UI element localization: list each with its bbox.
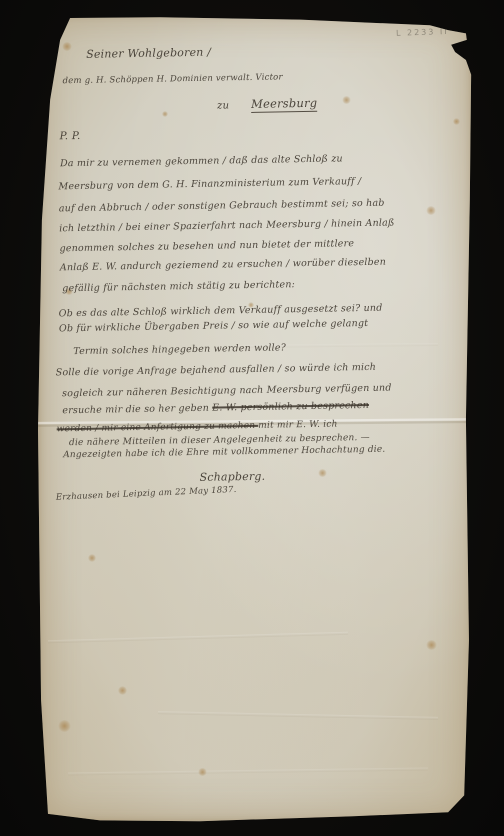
address-place-prefix: zu [217, 100, 229, 111]
body-line: Ob es das alte Schloß wirklich dem Verka… [59, 303, 383, 320]
foxing-stain [198, 768, 207, 776]
paper-wrinkle [68, 767, 428, 775]
address-place-underlined: Meersburg [251, 96, 317, 113]
address-title-line: dem g. H. Schöppen H. Dominien verwalt. … [63, 72, 283, 86]
body-line: Termin solches hingegeben werden wolle? [73, 342, 286, 357]
dateline: Erzhausen bei Leipzig am 22 May 1837. [56, 485, 237, 503]
struck-text: E. W. persönlich zu besprechen [212, 400, 369, 414]
body-line: Anlaß E. W. andurch geziemend zu ersuche… [60, 257, 386, 274]
body-line: Solle die vorige Anfrage bejahend ausfal… [56, 362, 377, 379]
handwritten-text-layer: Seiner Wohlgeboren / dem g. H. Schöppen … [33, 7, 477, 574]
body-line-with-strikethrough: ersuche mir die so her geben E. W. persö… [62, 400, 369, 416]
foxing-stain [58, 720, 71, 732]
body-line-with-strikethrough: werden / mir eine Anfertigung zu machen … [57, 419, 338, 434]
body-line: gefällig für nächsten mich stätig zu ber… [62, 279, 295, 294]
foxing-stain [426, 640, 437, 650]
address-recipient: Seiner Wohlgeboren / [86, 46, 211, 61]
body-line: sogleich zur näheren Besichtigung nach M… [62, 383, 392, 400]
foxing-stain [118, 686, 127, 695]
letter-paper: L 2233 II Seiner Wohlgeboren / dem g. H.… [38, 14, 472, 822]
body-line: Meersburg von dem G. H. Finanzministeriu… [58, 176, 361, 192]
salutation: P. P. [59, 130, 80, 142]
photo-background: L 2233 II Seiner Wohlgeboren / dem g. H.… [0, 0, 504, 836]
struck-text: werden / mir eine Anfertigung zu machen [57, 421, 259, 435]
body-line: ich letzthin / bei einer Spazierfahrt na… [59, 217, 395, 234]
signature: Schapberg. [199, 470, 265, 484]
body-line: auf den Abbruch / oder sonstigen Gebrauc… [59, 198, 385, 215]
paper-wrinkle [158, 711, 438, 720]
body-line: Ob für wirkliche Übergaben Preis / so wi… [59, 318, 368, 334]
body-line: Da mir zu vernemen gekommen / daß das al… [60, 153, 343, 169]
paper-wrinkle [48, 632, 348, 643]
body-line: genommen solches zu besehen und nun biet… [59, 238, 354, 254]
